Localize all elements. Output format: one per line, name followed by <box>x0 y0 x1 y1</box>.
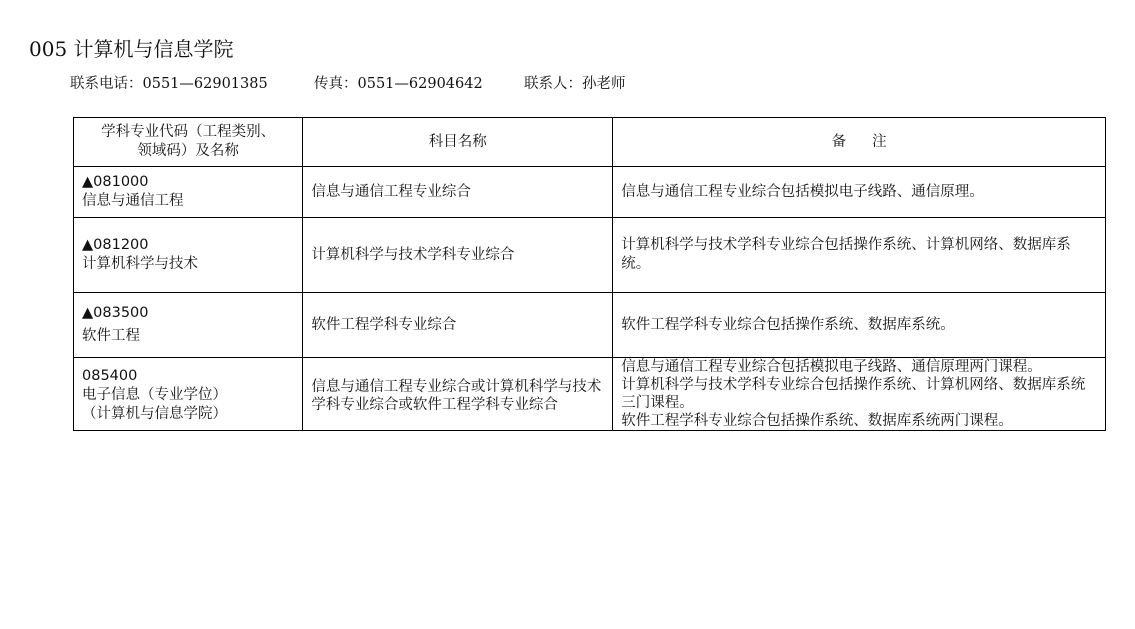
phone-number: 联系电话：0551—62901385 <box>70 72 268 93</box>
table-row: ▲081200 计算机科学与技术 计算机科学与技术学科专业综合 计算机科学与技术… <box>74 218 1106 293</box>
table-header-row: 学科专业代码（工程类别、 领域码）及名称 科目名称 备注 <box>74 118 1106 167</box>
column-header-remarks: 备注 <box>613 118 1106 167</box>
subject-cell: 信息与通信工程专业综合或计算机科学与技术学科专业综合或软件工程学科专业综合 <box>303 358 613 431</box>
column-header-major-code: 学科专业代码（工程类别、 领域码）及名称 <box>74 118 303 167</box>
major-name: 电子信息（专业学位） <box>82 386 294 405</box>
major-cell: ▲081200 计算机科学与技术 <box>74 218 303 293</box>
contact-person: 联系人：孙老师 <box>524 72 626 93</box>
remark-line: 信息与通信工程专业综合包括模拟电子线路、通信原理。 <box>621 183 1097 202</box>
subject-cell: 软件工程学科专业综合 <box>303 293 613 358</box>
remarks-cell: 信息与通信工程专业综合包括模拟电子线路、通信原理。 <box>613 167 1106 218</box>
remark-line: 信息与通信工程专业综合包括模拟电子线路、通信原理两门课程。 <box>621 358 1097 376</box>
table-row: ▲081000 信息与通信工程 信息与通信工程专业综合 信息与通信工程专业综合包… <box>74 167 1106 218</box>
major-name: 信息与通信工程 <box>82 192 294 211</box>
column-header-label: 备注 <box>806 134 913 150</box>
remark-line: 计算机科学与技术学科专业综合包括操作系统、计算机网络、数据库系统三门课程。 <box>621 376 1097 412</box>
fax-number: 传真：0551—62904642 <box>314 72 483 93</box>
remark-line: 软件工程学科专业综合包括操作系统、数据库系统。 <box>621 316 1097 335</box>
major-code: ▲081000 <box>82 173 294 192</box>
page-title: 005 计算机与信息学院 <box>29 33 234 62</box>
remarks-cell: 计算机科学与技术学科专业综合包括操作系统、计算机网络、数据库系统。 <box>613 218 1106 293</box>
major-code: 085400 <box>82 367 294 386</box>
major-code: ▲081200 <box>82 236 294 255</box>
column-header-subject: 科目名称 <box>303 118 613 167</box>
major-cell: 085400 电子信息（专业学位） （计算机与信息学院） <box>74 358 303 431</box>
column-header-line: 学科专业代码（工程类别、 <box>82 123 294 142</box>
table-row: ▲083500 软件工程 软件工程学科专业综合 软件工程学科专业综合包括操作系统… <box>74 293 1106 358</box>
major-cell: ▲083500 软件工程 <box>74 293 303 358</box>
column-header-line: 领域码）及名称 <box>82 142 294 161</box>
major-code: ▲083500 <box>82 304 294 323</box>
table-row: 085400 电子信息（专业学位） （计算机与信息学院） 信息与通信工程专业综合… <box>74 358 1106 431</box>
remark-line: 计算机科学与技术学科专业综合包括操作系统、计算机网络、数据库系统。 <box>621 236 1097 274</box>
remark-line: 软件工程学科专业综合包括操作系统、数据库系统两门课程。 <box>621 412 1097 430</box>
remarks-cell: 信息与通信工程专业综合包括模拟电子线路、通信原理两门课程。 计算机科学与技术学科… <box>613 358 1106 431</box>
major-name: 软件工程 <box>82 327 294 346</box>
subjects-table: 学科专业代码（工程类别、 领域码）及名称 科目名称 备注 ▲081000 信息与… <box>73 117 1106 431</box>
remarks-cell: 软件工程学科专业综合包括操作系统、数据库系统。 <box>613 293 1106 358</box>
major-name-note: （计算机与信息学院） <box>82 405 294 424</box>
major-name: 计算机科学与技术 <box>82 255 294 274</box>
subject-cell: 计算机科学与技术学科专业综合 <box>303 218 613 293</box>
major-cell: ▲081000 信息与通信工程 <box>74 167 303 218</box>
subject-cell: 信息与通信工程专业综合 <box>303 167 613 218</box>
